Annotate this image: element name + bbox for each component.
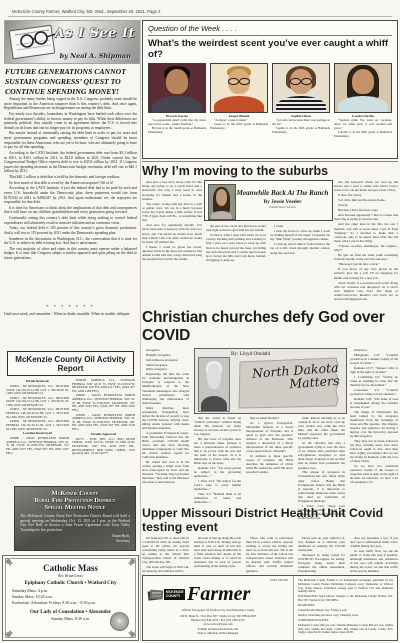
newspaper-stack-icon [147, 588, 164, 602]
covid-column-1: Arrogance.Haughty arrogance.Self-righteo… [142, 348, 189, 520]
article-paragraph: Interested in being tested for COVID-19?… [298, 553, 345, 573]
article-paragraph: Romans 13:1: “Let every person be subjec… [194, 466, 241, 478]
article-paragraph: 1 Corinthians 6:3: “Giving no cause in a… [350, 375, 398, 387]
article-paragraph: His one verse of Scripture does not a pr… [194, 437, 241, 465]
notice-signature: Susan Beck, Secretary [20, 534, 130, 543]
article-paragraph: Killer arrogance. [142, 367, 189, 371]
oil-report-column-1: Permit Renewals #34819 - NP RESOURCES, L… [6, 379, 69, 485]
article-paragraph: So we have not conducted ourselves worth… [350, 464, 398, 484]
article-paragraph: If you know of any nice places in the su… [334, 267, 398, 280]
article-paragraph: In addition to these specific verses of … [246, 454, 293, 474]
question-of-the-week: Question of the Week . . . . What’s the … [142, 20, 398, 159]
suburbs-article: Why I’m moving to the suburbs And now a … [142, 161, 398, 308]
oil-report-entry: #34819 - NP RESOURCES, LLC, TROTTER STAT… [6, 385, 69, 396]
oil-report-entry: #34831 - NP RESOURCES, LLC, TROTTER FEDE… [6, 408, 69, 419]
article-paragraph: He claims that God is in his corner, quo… [142, 460, 189, 484]
article-paragraph: On Saturday, Oct. 2, there will be a COV… [142, 536, 189, 564]
article-paragraph: And now for explaining myself: I’ve neve… [142, 223, 202, 244]
masthead-fine-print: The McKenzie County Farmer is an indepen… [293, 576, 397, 640]
editorial-paragraph: Continually raising this country’s debt … [4, 216, 137, 225]
article-paragraph: Those who want to participate must be in… [246, 536, 293, 573]
article-paragraph: The scene: Going with my dad on a trail … [142, 202, 202, 223]
author-bio: Jessie Veeder is a musician and writer l… [334, 281, 398, 302]
as-i-see-it-logo: As I See It by Neal A. Shipman [4, 20, 140, 64]
article-paragraph: Sinful arrogance. [142, 363, 189, 367]
suburbs-column-4: into the barnyard where we load up the h… [334, 180, 398, 306]
article-paragraph: Slowly. [334, 203, 398, 207]
column-logo-byline: by Neal A. Shipman [60, 52, 131, 60]
editorial-paragraph: It is time for Americans to think about … [4, 206, 137, 215]
article-paragraph: into the barnyard where we load up the h… [334, 180, 398, 193]
masthead-fine-print-paragraph: POSTMASTER: Send address changes to the … [298, 595, 393, 603]
article-paragraph: The image of Christianity has been taint… [350, 410, 398, 438]
column-logo-title: As I See It [54, 26, 135, 41]
article-paragraph: This plague of arrogance in Christendom … [298, 470, 345, 503]
editorial-paragraph: Today, our federal debt is 105 percent o… [4, 226, 137, 235]
masthead-address-line: Neal A. Shipman, Editor/Manager [147, 631, 289, 635]
article-paragraph: They may not be Jesus followers but they… [350, 439, 398, 463]
article-paragraph: Please turn on your vehicle’s 4-way flas… [298, 536, 345, 552]
editorial-closing: Until next week, and remember - When in … [4, 312, 137, 328]
article-paragraph: To ease traffic flow, we ask the public … [350, 549, 398, 573]
article-paragraph: I cram. [270, 224, 330, 228]
oil-report-entry: #34827 - NP RESOURCES, LLC, TROTTER STAT… [6, 397, 69, 408]
student-portrait-photo [334, 63, 392, 113]
editorial-paragraph: According to the CATO Institute, if just… [4, 186, 137, 205]
signature-title: Secretary [116, 539, 130, 543]
article-paragraph: Self-righteous arrogance. [142, 358, 189, 362]
qow-headline: What’s the weirdest scent you’ve ever ca… [148, 38, 392, 60]
respondent-quote: “A trash can because there was garbage i… [272, 118, 330, 126]
article-paragraph: 1 Peter 2:13: “Be subject for the Lord’s… [194, 479, 241, 491]
student-portrait-photo [272, 63, 330, 113]
article-paragraph: And the other man in my life, the one I … [334, 222, 398, 243]
article-paragraph: Romans 2:24: “The name of God is blasphe… [350, 397, 398, 409]
mass-ad-title: Catholic Mass [12, 563, 129, 573]
mass-schedule-line: Eucharistic Adoration: Fridays 9:30 a.m.… [12, 600, 129, 606]
article-paragraph: So this is what I deal with when we’re i… [206, 233, 266, 262]
corner-ornament-icon [130, 632, 135, 637]
notice-body: The McKenzie County Rural Fire Protectio… [20, 514, 130, 533]
masthead: USPS 338-500 McKenzie County Farmer Offi… [142, 575, 398, 641]
covid-column-5: believers.)Philippians 1:27: “Conduct yo… [350, 348, 398, 520]
inset-title: Meanwhile Back At The Ranch [236, 189, 330, 197]
suburbs-column-1: And now a true story about what it’s lik… [142, 180, 202, 306]
covid-byline: By: Lloyd Omdahl [231, 351, 270, 357]
student-portrait-photo [210, 63, 268, 113]
signature-name: Susan Beck, [112, 534, 130, 538]
usps-number: USPS 338-500 [270, 578, 288, 582]
article-paragraph: that his action is based on “biblical pr… [194, 416, 241, 436]
mass-ad-church-2: Our Lady of Consolation • Alexander [12, 609, 129, 615]
article-paragraph: I kick my horse to catch up while I work… [270, 229, 330, 242]
editorial-headline: FUTURE GENERATIONS CANNOT SUSTAIN CONGRE… [5, 67, 137, 97]
editorial-separator: * * * * * * * [4, 304, 137, 309]
oil-report-title: McKenzie County Oil Activity Report [7, 351, 134, 376]
respondent-quote: “A peppermint smell (with that my sister… [148, 118, 206, 126]
masthead-address: 100 N. Main St. / P.O. Box 587 / Watford… [147, 614, 289, 636]
article-paragraph: And now a true story about what it’s lik… [142, 180, 202, 201]
article-paragraph: The event will begin at 9:00 a.m. on Sat… [142, 565, 189, 573]
editorial-paragraph: For nearly two decades, lawmakers in Was… [4, 112, 137, 131]
corner-ornament-icon [130, 559, 135, 564]
jessie-veeder-photo [208, 184, 236, 220]
north-dakota-matters-graphic: By: Lloyd Omdahl North Dakota Matters [194, 348, 347, 414]
article-paragraph: Haughty arrogance. [142, 353, 189, 357]
masthead-tagline: Official Newspaper Of Watford City And M… [147, 608, 289, 612]
mass-schedule-list: Saturday Mass: 4 p.m.Sunday Mass: 10:45 … [12, 588, 129, 606]
article-paragraph: Romans 12:17: “Respect what is right in … [350, 366, 398, 374]
respondent-detail: Brycen is in the fourth grade at Badland… [148, 126, 206, 134]
respondent-detail: Sophia is in the fifth grade at Badlands… [272, 126, 330, 134]
qow-response-card: Sophia Olson “A trash can because there … [272, 63, 330, 139]
qow-response-card: Jasper Blazek “A diaper ’cause it stunk.… [210, 63, 268, 139]
editorial-paragraph: So how much of that debt is owed by the … [4, 181, 137, 186]
oil-activity-report: McKenzie County Oil Activity Report Perm… [2, 349, 139, 483]
glasses-icon [228, 78, 249, 83]
article-paragraph: It does (for once). [334, 193, 398, 197]
editorial-paragraph: The vast majority of cities and states i… [4, 247, 137, 261]
newspaper-page: McKenzie County Farmer, Watford City, ND… [0, 0, 400, 643]
catholic-mass-ad: Catholic Mass Rev. Brian Gross Epiphany … [2, 555, 139, 641]
masthead-logo-big: Farmer [187, 583, 250, 606]
glasses-icon [290, 78, 311, 83]
editorial-paragraph: According to the CATO Institute, the fed… [4, 151, 137, 174]
qow-response-card: Brycen Garcia “A peppermint smell (with … [148, 63, 206, 139]
page-header: McKenzie County Farmer, Watford City, ND… [12, 9, 160, 14]
article-paragraph: Colossians 4:5: “Conduct yourselves wise… [350, 388, 398, 396]
qow-response-card: Londyn Devlin “Spoiled milk. We went on … [334, 63, 392, 139]
article-paragraph: So I drive him and the horses home. [334, 198, 398, 202]
oil-report-entry: #38382 - OASIS PETROLEUM NORTH AMERICA L… [72, 394, 135, 412]
inset-source: Forum News Service [236, 205, 330, 209]
mass-ad-priest: Rev. Brian Gross [12, 574, 129, 578]
covid-column-article: Christian churches defy God over COVID A… [142, 309, 398, 506]
oil-report-entry: #38383 - OASIS PETROLEUM NORTH AMERICA L… [72, 414, 135, 432]
fire-district-meeting-notice: McKenzie County Rural Fire Protection Di… [14, 486, 136, 551]
oil-report-entry: NORTH AMERICA LLC, SWENSON FEDERAL 5297 … [72, 379, 135, 394]
article-paragraph: believers.) [350, 348, 398, 352]
article-paragraph: As a typical Evangelical, MacArthur beli… [246, 421, 293, 454]
covid-headline: Christian churches defy God over COVID [142, 309, 398, 345]
article-paragraph: He gets up from his chair, pulls somethi… [334, 253, 398, 261]
editorial-paragraph: That $40.1 trillion is debt that is held… [4, 175, 137, 180]
oil-report-entry: #38380 - OASIS PETROLEUM NORTH AMERICA L… [6, 437, 69, 455]
article-paragraph: I mean, I could be given the nicest, qui… [142, 245, 202, 262]
article-paragraph: they be taken literally? [246, 416, 293, 420]
editorial-body: Among the many battles being waged in th… [4, 97, 137, 303]
article-paragraph: A prominent Evangelical pastor, John Mac… [142, 431, 189, 459]
article-paragraph: So the churches that defy a government t… [298, 441, 345, 469]
oil-report-entry: #34839 - NP RESOURCES, LLC, TROTTER FEDE… [6, 420, 69, 431]
oil-report-column-2: NORTH AMERICA LLC, SWENSON FEDERAL 5297 … [72, 379, 135, 485]
article-paragraph: nism, instead advising us to be content … [298, 416, 345, 440]
suburbs-headline: Why I’m moving to the suburbs [142, 161, 398, 178]
article-paragraph: Philippians 1:27: “Conduct yourselves in… [350, 353, 398, 365]
article-paragraph: And because apparently I like to torture… [334, 213, 398, 221]
article-paragraph: Many churches, most prominently Evangeli… [142, 406, 189, 430]
article-paragraph: allowed to line up along the route start… [194, 536, 241, 569]
article-paragraph: I catch up just in time to follow him to… [270, 242, 330, 255]
qow-kicker: Question of the Week . . . . [148, 24, 392, 36]
masthead-left: USPS 338-500 McKenzie County Farmer Offi… [143, 576, 293, 640]
respondent-detail: Londyn is in the fifth grade at Badlands… [334, 130, 392, 138]
column-divider [140, 20, 141, 641]
editorial-paragraph: But maybe instead of continually raising… [4, 131, 137, 150]
covid-testing-article: Upper Missouri District Health Unit Covi… [142, 506, 398, 572]
notice-title-line3: Special Meeting Notice [20, 504, 130, 511]
article-paragraph: does not guarantee a test, if you don’t … [350, 536, 398, 548]
article-paragraph: Titus 3:1: “Remind them to be submissive… [194, 492, 241, 504]
article-paragraph: the end of the corral and that horse wou… [206, 224, 266, 232]
corner-ornament-icon [6, 632, 11, 637]
respondent-detail: Jasper is in the third grade at Badlands… [210, 122, 268, 130]
editorial-paragraph: Among the many battles being waged in th… [4, 97, 137, 111]
header-rule [8, 16, 392, 17]
mass-ad-church-1: Epiphany Catholic Church • Watford City [12, 580, 129, 586]
article-paragraph: Because I have precious cargo. [334, 208, 398, 212]
masthead-fine-print-paragraph: McKenzie County $49 per year, Outside Mc… [298, 624, 393, 635]
testing-headline: Upper Missouri District Health Unit Covi… [142, 506, 398, 534]
article-paragraph: “Cheese, noodles, hamburger, the regular… [334, 244, 398, 252]
masthead-fine-print-paragraph: The McKenzie County Farmer is an indepen… [298, 579, 393, 594]
corner-ornament-icon [6, 559, 11, 564]
student-portrait-photo [148, 63, 206, 113]
article-paragraph: “Because I just bit into a stick.” [334, 262, 398, 266]
article-paragraph: Arrogance. [142, 348, 189, 352]
editorial-paragraph: Somehow in the discussions in Washington… [4, 237, 137, 246]
masthead-logo-small: McKenzie County [164, 589, 185, 600]
ranch-column-inset: Meanwhile Back At The Ranch By Jessie Ve… [204, 180, 333, 221]
oil-report-entry: #9773 - SWD: THE, LLC, RED RIVER TRIBAL … [72, 438, 135, 456]
article-paragraph: Regrettably, the time has come for someo… [142, 372, 189, 405]
lloyd-omdahl-photo [198, 357, 230, 412]
respondent-quote: “Spoiled milk. We went on vacation. Afte… [334, 118, 392, 130]
